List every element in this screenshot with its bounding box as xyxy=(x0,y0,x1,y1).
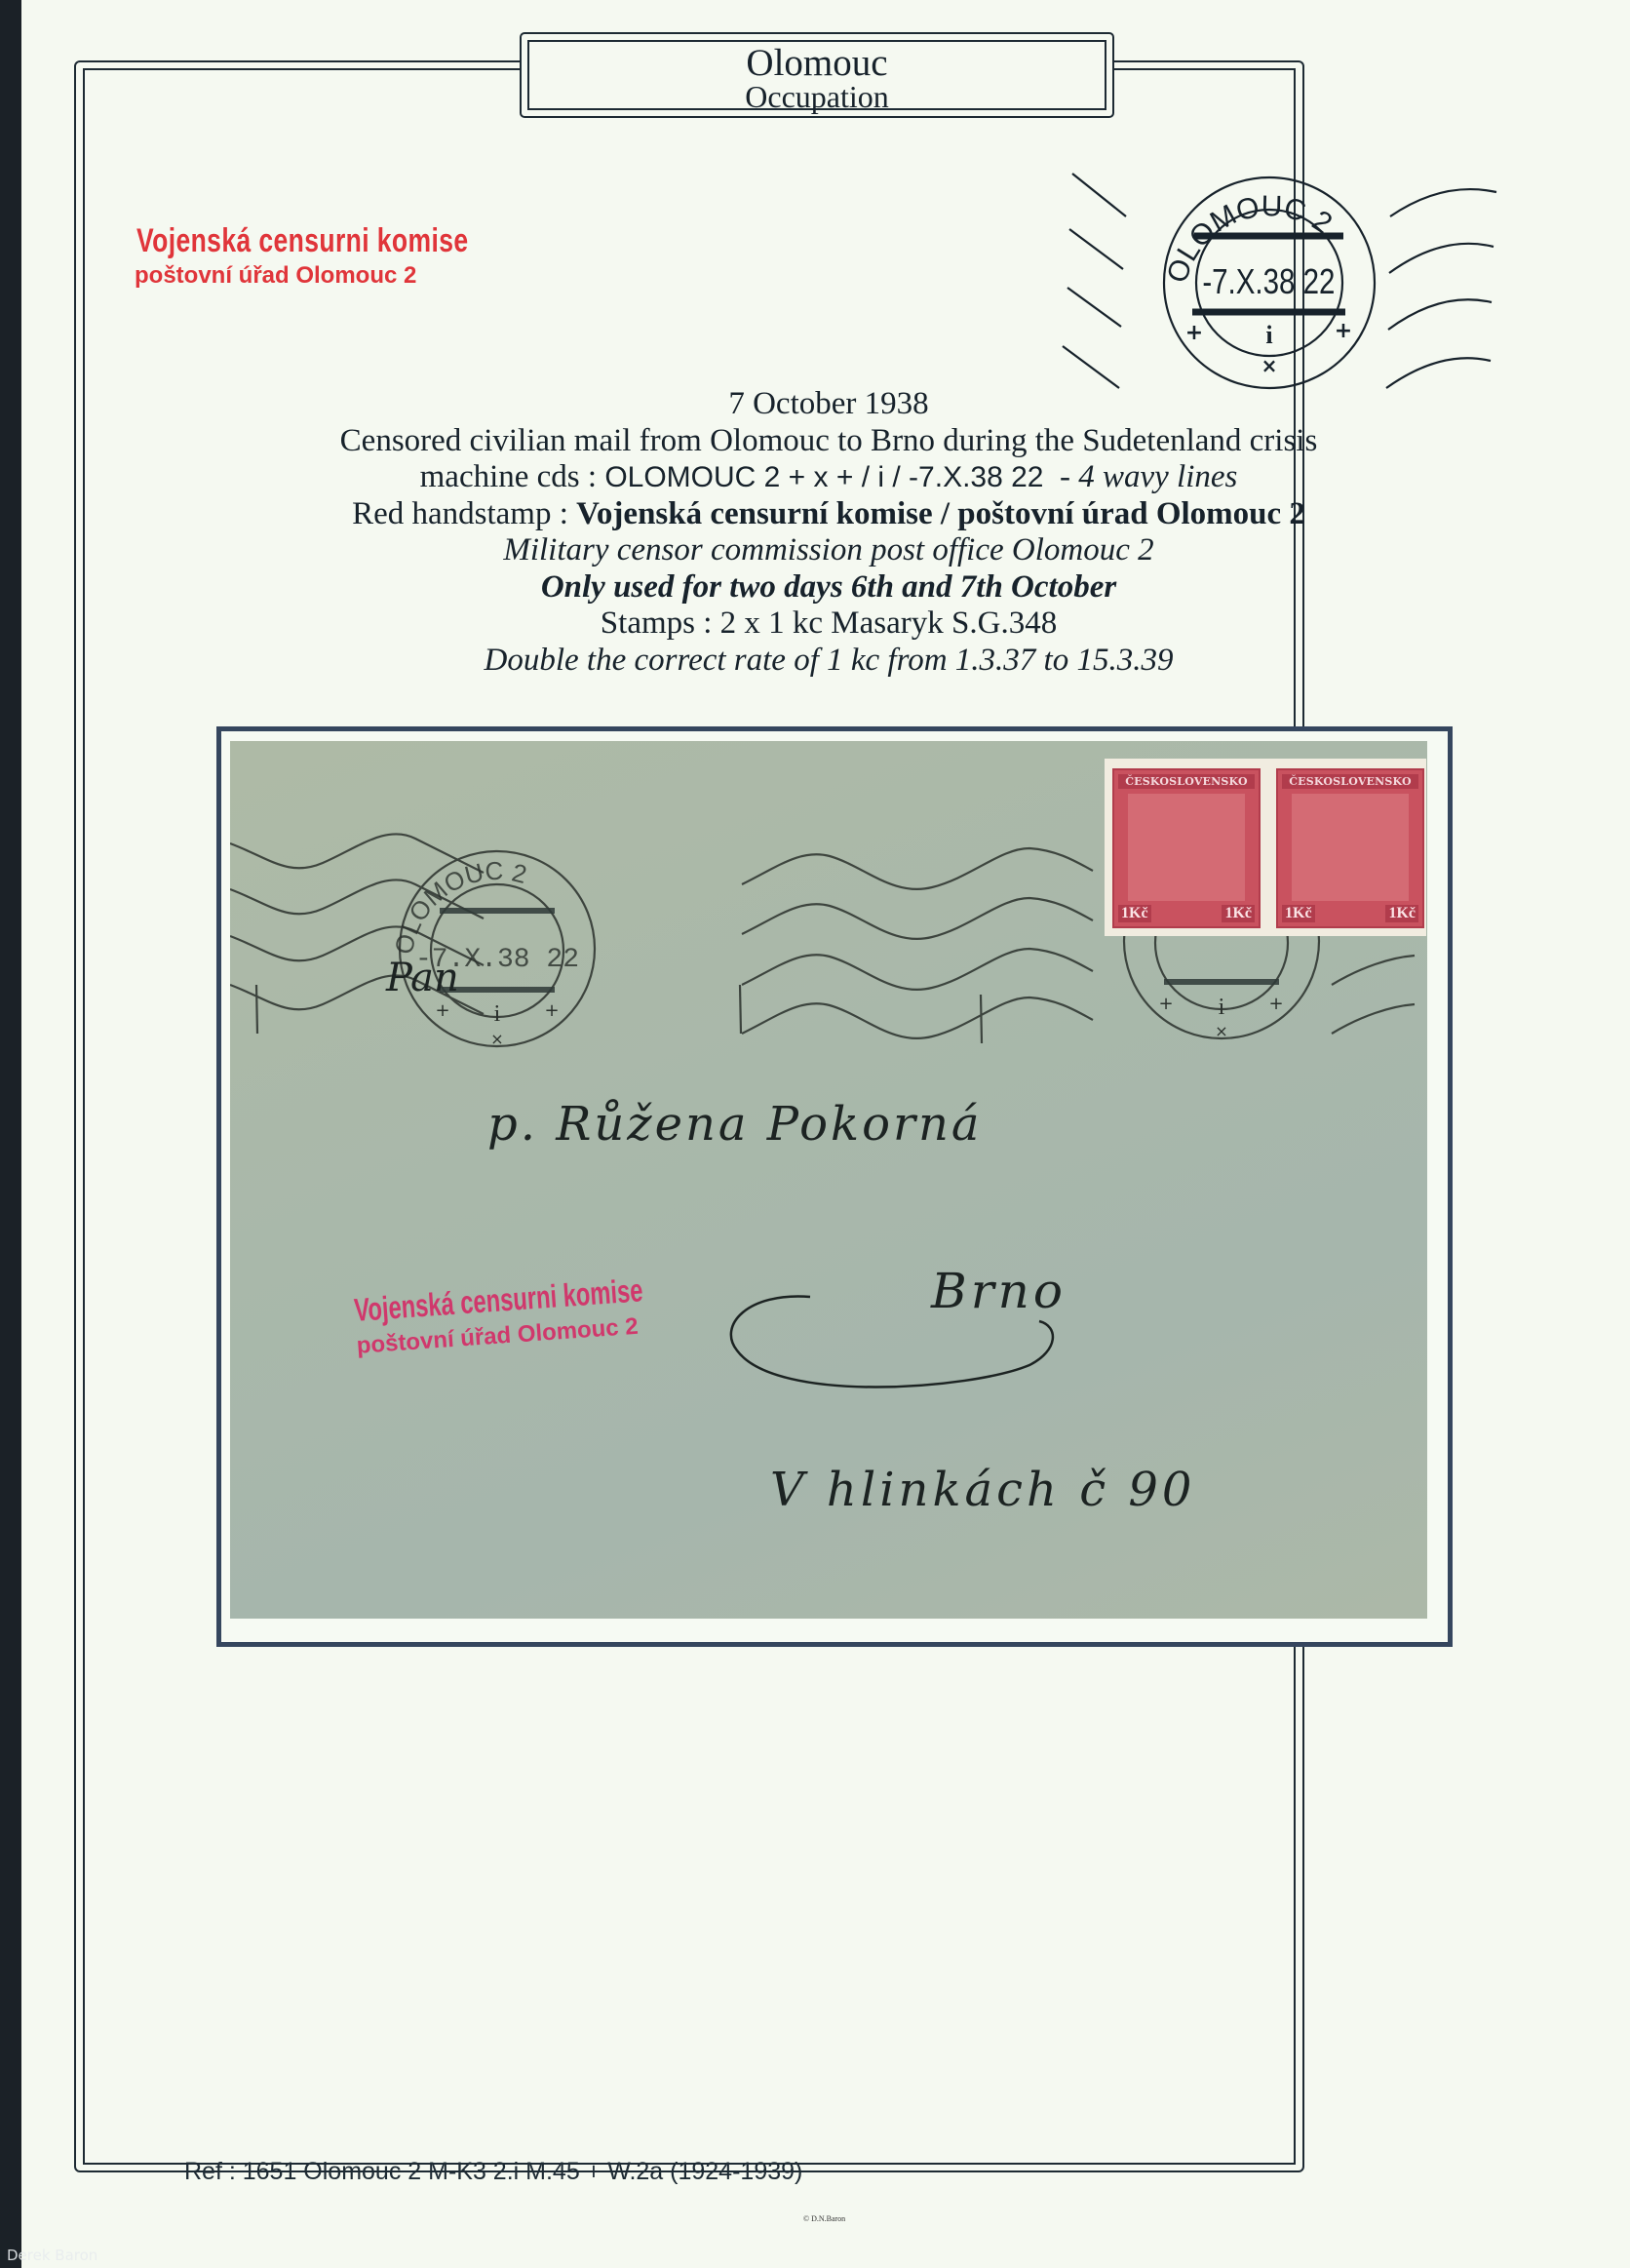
scan-edge xyxy=(0,0,21,2268)
address-recipient: p. Růžena Pokorná xyxy=(487,1097,983,1152)
svg-text:+: + xyxy=(1268,994,1283,1014)
title-box-inner: Olomouc Occupation xyxy=(527,40,1106,110)
description-usage-note: Only used for two days 6th and 7th Octob… xyxy=(195,569,1462,606)
description-cds: machine cds : OLOMOUC 2 + x + / i / -7.X… xyxy=(195,459,1462,496)
masaryk-portrait-icon xyxy=(1292,794,1409,901)
description-handstamp: Red handstamp : Vojenská censurní komise… xyxy=(195,496,1462,533)
postage-stamp: ČESKOSLOVENSKO 1Kč 1Kč xyxy=(1276,768,1424,928)
handstamp-line2: poštovní úřad Olomouc 2 xyxy=(135,262,563,290)
reference-line: Ref : 1651 Olomouc 2 M-K3 2.i M.45 + W.2… xyxy=(184,2158,802,2186)
svg-text:+: + xyxy=(544,1000,559,1021)
svg-text:i: i xyxy=(494,1001,501,1027)
address-salutation: Pan xyxy=(386,956,459,1000)
handstamp-illustration: Vojenská censurni komise poštovní úřad O… xyxy=(136,222,563,290)
ornament-plus-icon: + xyxy=(1185,321,1203,345)
description-translation: Military censor commission post office O… xyxy=(195,532,1462,569)
description-rate-note: Double the correct rate of 1 kc from 1.3… xyxy=(195,643,1462,680)
svg-text:×: × xyxy=(490,1030,503,1048)
page-title: Olomouc xyxy=(529,45,1105,82)
handstamp-line1: Vojenská censurni komise xyxy=(136,222,469,260)
cancel-code: i xyxy=(1265,321,1272,349)
svg-text:+: + xyxy=(435,1000,449,1021)
address-street: V hlinkách č 90 xyxy=(770,1463,1195,1517)
ornament-cross-icon: × xyxy=(1261,354,1278,377)
svg-text:×: × xyxy=(1215,1022,1227,1040)
cancel-illustration: OLOMOUC 2 -7.X.38 22 i + + × xyxy=(1053,156,1521,400)
stamp-pair: ČESKOSLOVENSKO 1Kč 1Kč ČESKOSLOVENSKO 1K… xyxy=(1105,759,1426,936)
postage-stamp: ČESKOSLOVENSKO 1Kč 1Kč xyxy=(1112,768,1261,928)
address-city: Brno xyxy=(931,1263,1067,1319)
page-subtitle: Occupation xyxy=(529,82,1105,111)
copyright: © D.N.Baron xyxy=(803,2214,845,2223)
description-date: 7 October 1938 xyxy=(195,386,1462,423)
ornament-plus-icon: + xyxy=(1335,319,1352,343)
description-stamps: Stamps : 2 x 1 kc Masaryk S.G.348 xyxy=(195,606,1462,643)
svg-text:i: i xyxy=(1219,995,1225,1020)
description-summary: Censored civilian mail from Olomouc to B… xyxy=(195,423,1462,460)
watermark: Derek Baron xyxy=(7,2247,97,2264)
cancel-date: -7.X.38 22 xyxy=(1202,261,1335,300)
masaryk-portrait-icon xyxy=(1128,794,1245,901)
svg-text:+: + xyxy=(1158,994,1173,1014)
description-block: 7 October 1938 Censored civilian mail fr… xyxy=(195,386,1462,679)
